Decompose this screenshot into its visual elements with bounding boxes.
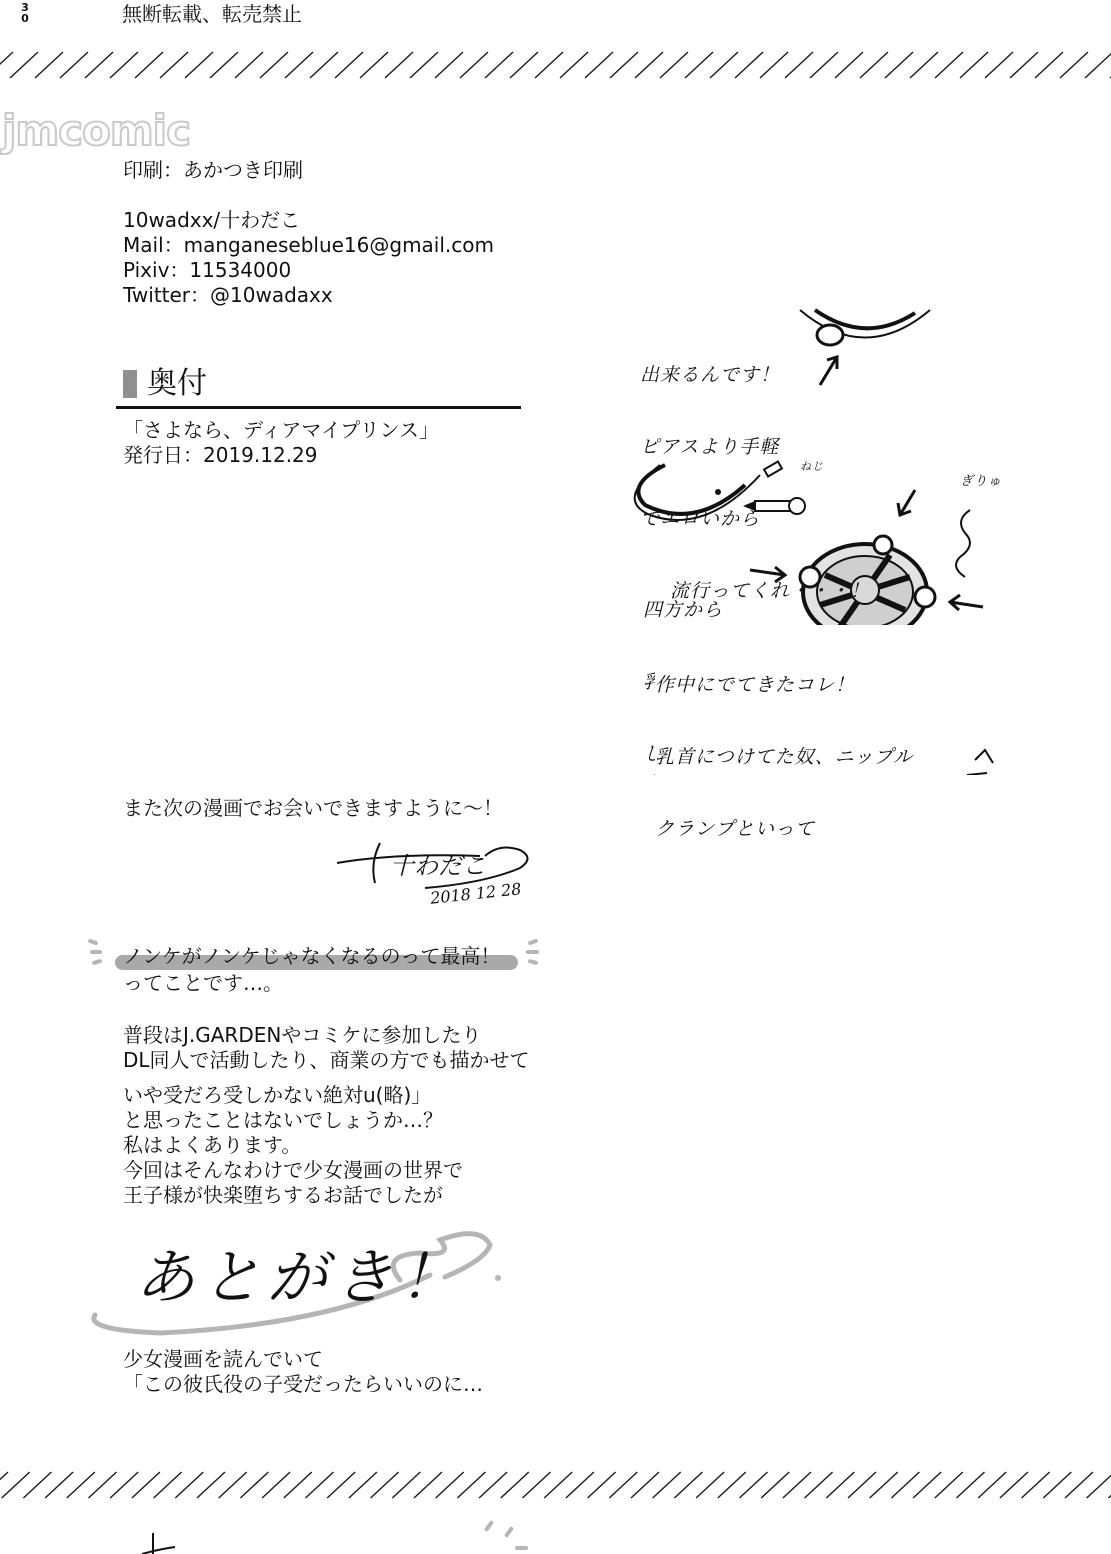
cut-off-line: 発行： — [123, 140, 183, 150]
hatch-divider-top — [0, 50, 1111, 80]
middle-line-1: いや受だろ受しかない絶対u(略)」 — [123, 1083, 431, 1108]
activity-line-cut: 頂いております。 — [123, 1073, 281, 1081]
closing-line-2: また次の漫画でお会いできますように～！ — [123, 796, 503, 821]
closing-line-1: 頂いております。 — [123, 770, 281, 792]
intro-line-2: 「この彼氏役の子受だったらいいのに… — [123, 1372, 483, 1397]
afterword-title: あとがき！ — [135, 1243, 465, 1313]
emphasis-dash-icon — [515, 1546, 528, 1550]
emphasis-dash-icon — [88, 938, 99, 945]
emphasis-dash-icon — [528, 938, 539, 945]
twitter-line: Twitter：@10wadaxx — [123, 283, 333, 308]
activity-line-1: 普段はJ.GARDENやコミケに参加したり — [123, 1023, 481, 1048]
screw-label: ねじ — [800, 455, 824, 479]
note-line: 乳首につけてた奴、ニップル — [655, 745, 913, 769]
pixiv-line: Pixiv：11534000 — [123, 258, 291, 283]
issue-date: 発行日：2019.12.29 — [123, 443, 318, 468]
hatch-divider-bottom — [0, 1470, 1111, 1500]
printer-line: 印刷：あかつき印刷 — [123, 158, 303, 183]
note-line: でエロいから — [640, 507, 870, 531]
middle-line-5: 王子様が快楽堕ちするお話でしたが — [123, 1183, 443, 1208]
book-title: 「さよなら、ディアマイプリンス」 — [123, 418, 439, 443]
hatch-lines — [0, 50, 1111, 80]
hatch-lines — [0, 1470, 1111, 1500]
emphasis-dash-icon — [526, 950, 539, 954]
cut-line-top: 何が言いたいかって — [123, 920, 303, 934]
highlight-line: ノンケがノンケじゃなくなるのって最高！ — [123, 944, 500, 969]
note-nipple-clamp: 作中にでてきたコレ！ 乳首につけてた奴、ニップル クランプといって — [655, 625, 913, 889]
emphasis-dash-icon — [528, 959, 539, 965]
note-line: 作中にでてきたコレ！ — [655, 673, 913, 697]
sfx-tighten: ぎりゅ — [960, 470, 1002, 494]
stroke-fragment-icon — [120, 1525, 190, 1554]
middle-line-3: 私はよくあります。 — [123, 1133, 301, 1158]
author-signature: 十わだこ 2018 12 28 — [335, 838, 555, 908]
intro-line-1: 少女漫画を読んでいて — [123, 1347, 323, 1372]
author-line: 10wadxx/十わだこ — [123, 208, 300, 233]
after-highlight-line: ってことです…。 — [123, 971, 283, 996]
section-marker-icon — [123, 370, 137, 398]
section-divider — [116, 406, 521, 409]
note-line: 四方から — [643, 598, 803, 622]
colophon-title: 奥付 — [147, 365, 207, 403]
mail-line: Mail：manganeseblue16@gmail.com — [123, 233, 494, 258]
emphasis-dash-icon — [92, 959, 103, 965]
bottom-stroke-fragment — [120, 1525, 190, 1554]
middle-line-6: 何が言いたいかって — [123, 1208, 303, 1220]
signature-name: 十わだこ — [390, 846, 486, 881]
note-line: ピアスより手軽 — [640, 435, 870, 459]
emphasis-dash-icon — [484, 1520, 494, 1532]
page-number-digit: 0 — [18, 13, 32, 24]
note-line: クランプといって — [655, 817, 913, 841]
emphasis-dash-icon — [90, 950, 102, 954]
activity-line-2: DL同人で活動したり、商業の方でも描かせて — [123, 1048, 530, 1073]
no-reprint-notice: 無断転載、転売禁止 — [122, 1, 302, 27]
middle-line-2: と思ったことはないでしょうか…？ — [123, 1108, 443, 1133]
nipple-clamp-illustration: 出来るんです！ ピアスより手軽 でエロいから 流行ってくれ・・・！ ねじ ぎりゅ… — [615, 305, 1015, 775]
middle-line-4: 今回はそんなわけで少女漫画の世界で — [123, 1158, 463, 1183]
colophon-heading: 奥付 — [123, 365, 207, 403]
note-line: 出来るんです！ — [640, 363, 870, 387]
page-number: 3 0 — [18, 2, 32, 24]
emphasis-dash-icon — [504, 1526, 514, 1538]
